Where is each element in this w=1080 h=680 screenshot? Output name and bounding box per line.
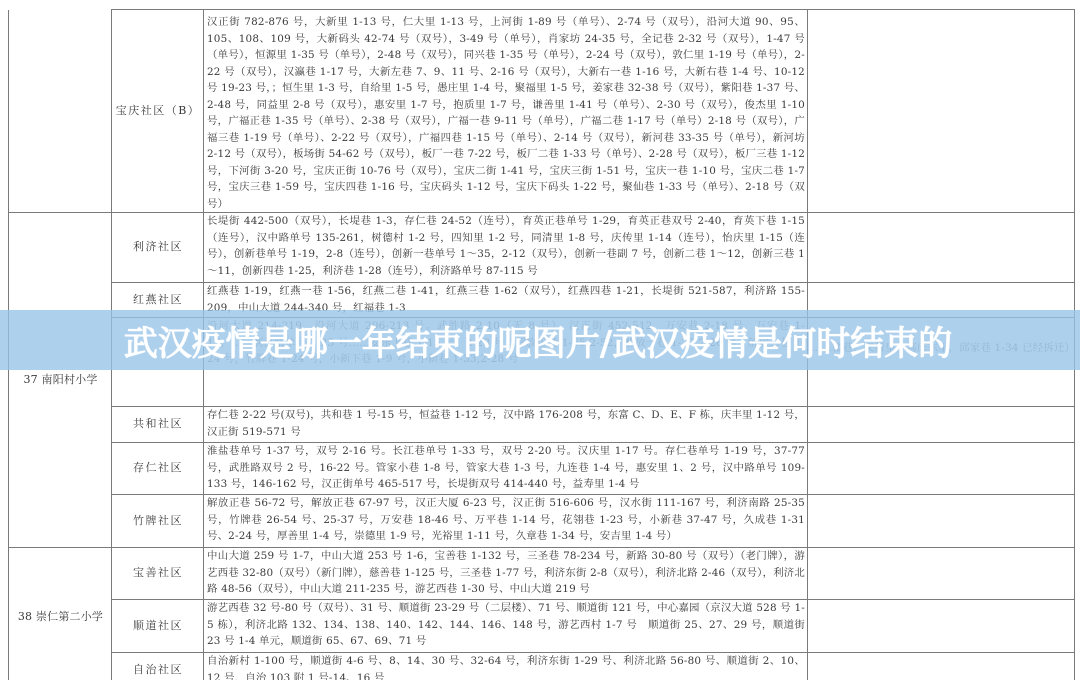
- notes-cell: [808, 10, 1075, 213]
- school-cell: 37 南阳村小学: [9, 213, 112, 548]
- notes-cell: [808, 407, 1075, 443]
- school-cell: 38 崇仁第二小学: [9, 548, 112, 680]
- notes-cell: [808, 600, 1075, 653]
- school-cell: [9, 10, 112, 213]
- address-cell: 淮盐巷单号 1-37 号，双号 2-16 号。长江巷单号 1-33 号，双号 2…: [204, 443, 808, 495]
- address-cell: 长堤街 442-500（双号），长堤巷 1-3，存仁巷 24-52（连号），育英…: [204, 213, 808, 283]
- community-cell: 顺道社区: [112, 600, 204, 653]
- table-row: 共和社区 存仁巷 2-22 号(双号)，共和巷 1 号-15 号，恒益巷 1-1…: [9, 407, 1075, 443]
- community-cell: 利济社区: [112, 213, 204, 283]
- notes-cell: [808, 443, 1075, 495]
- table-row: 自治社区 自治新村 1-100 号，顺道街 4-6 号、8、14、30 号、32…: [9, 653, 1075, 680]
- community-cell: 共和社区: [112, 407, 204, 443]
- community-cell: 宝善社区: [112, 548, 204, 600]
- table-row: 37 南阳村小学 利济社区 长堤街 442-500（双号），长堤巷 1-3，存仁…: [9, 213, 1075, 283]
- table-row: 存仁社区 淮盐巷单号 1-37 号，双号 2-16 号。长江巷单号 1-33 号…: [9, 443, 1075, 495]
- table-row: 竹牌社区 解放正巷 56-72 号，解放正巷 67-97 号，汉正大厦 6-23…: [9, 495, 1075, 548]
- table-row: 38 崇仁第二小学 宝善社区 中山大道 259 号 1-7，中山大道 253 号…: [9, 548, 1075, 600]
- community-cell: 自治社区: [112, 653, 204, 680]
- notes-cell: [808, 495, 1075, 548]
- address-cell: 存仁巷 2-22 号(双号)，共和巷 1 号-15 号，恒益巷 1-12 号，汉…: [204, 407, 808, 443]
- address-cell: 游艺西巷 32 号-80 号（双号）、31 号、顺道街 23-29 号（二层楼）…: [204, 600, 808, 653]
- table-row: 顺道社区 游艺西巷 32 号-80 号（双号）、31 号、顺道街 23-29 号…: [9, 600, 1075, 653]
- address-cell: 解放正巷 56-72 号，解放正巷 67-97 号，汉正大厦 6-23 号，汉正…: [204, 495, 808, 548]
- community-cell: 宝庆社区（B）: [112, 10, 204, 213]
- address-cell: 汉正街 782-876 号，大新里 1-13 号，仁大里 1-13 号，上河街 …: [204, 10, 808, 213]
- address-cell: 中山大道 259 号 1-7，中山大道 253 号 1-6，宝善巷 1-132 …: [204, 548, 808, 600]
- banner-title: 武汉疫情是哪一年结束的呢图片/武汉疫情是何时结束的: [124, 316, 952, 365]
- notes-cell: [808, 653, 1075, 680]
- notes-cell: [808, 548, 1075, 600]
- community-cell: 存仁社区: [112, 443, 204, 495]
- notes-cell: [808, 213, 1075, 283]
- community-cell: 竹牌社区: [112, 495, 204, 548]
- table-row: 宝庆社区（B） 汉正街 782-876 号，大新里 1-13 号，仁大里 1-1…: [9, 10, 1075, 213]
- document-page: 宝庆社区（B） 汉正街 782-876 号，大新里 1-13 号，仁大里 1-1…: [0, 0, 1080, 680]
- address-cell: 自治新村 1-100 号，顺道街 4-6 号、8、14、30 号、32-64 号…: [204, 653, 808, 680]
- title-banner: 武汉疫情是哪一年结束的呢图片/武汉疫情是何时结束的: [0, 310, 1080, 370]
